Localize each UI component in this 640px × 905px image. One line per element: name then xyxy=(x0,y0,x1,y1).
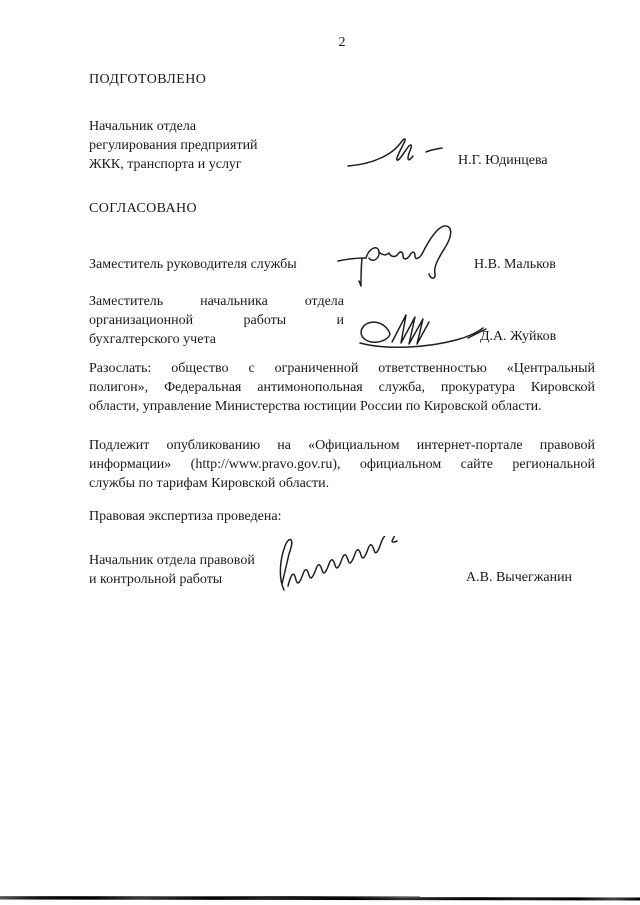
document-page: 2 ПОДГОТОВЛЕНО Начальник отдела регулиро… xyxy=(0,0,640,905)
yudintseva-signature-icon xyxy=(346,135,451,169)
agreed-heading: СОГЛАСОВАНО xyxy=(89,199,197,218)
signer-title-line: Начальник отдела xyxy=(89,117,329,136)
distribution-paragraph: Разослать: общество с ограниченной ответ… xyxy=(89,359,595,416)
signer-title-line: регулирования предприятий xyxy=(89,136,329,155)
agreed-signer2-title: Заместитель начальника отдела организаци… xyxy=(89,292,344,349)
agreed-signer1-title: Заместитель руководителя службы xyxy=(89,255,349,274)
vychegzhanin-signature-icon xyxy=(268,536,448,594)
agreed-signer1-name: Н.В. Мальков xyxy=(474,255,556,274)
paragraph-line: службы по тарифам Кировской области. xyxy=(89,474,595,493)
agreed-signer2-name: Д.А. Жуйков xyxy=(480,327,556,346)
signer-title-line: Заместитель начальника отдела xyxy=(89,292,344,311)
malkov-signature-icon xyxy=(336,222,476,294)
signer-title-line: ЖКК, транспорта и услуг xyxy=(89,155,329,174)
zhuikov-signature-icon xyxy=(356,310,488,354)
legal-review-label: Правовая экспертиза проведена: xyxy=(89,507,281,526)
signer-title-line: Заместитель руководителя службы xyxy=(89,255,349,274)
paragraph-line: полигон», Федеральная антимонопольная сл… xyxy=(89,378,595,397)
page-number: 2 xyxy=(89,33,595,52)
signer-title-line: организационной работы и xyxy=(89,311,344,330)
scan-edge-artifact xyxy=(0,897,640,901)
prepared-signer-name: Н.Г. Юдинцева xyxy=(458,151,548,170)
paragraph-line: Разослать: общество с ограниченной ответ… xyxy=(89,359,595,378)
prepared-heading: ПОДГОТОВЛЕНО xyxy=(89,70,206,89)
paragraph-line: области, управление Министерства юстиции… xyxy=(89,397,595,416)
paragraph-line: информации» (http://www.pravo.gov.ru), о… xyxy=(89,455,595,474)
prepared-signer-title: Начальник отдела регулирования предприят… xyxy=(89,117,329,174)
paragraph-line: Подлежит опубликованию на «Официальном и… xyxy=(89,436,595,455)
signer-title-line: бухгалтерского учета xyxy=(89,330,344,349)
publication-paragraph: Подлежит опубликованию на «Официальном и… xyxy=(89,436,595,493)
legal-review-signer-name: А.В. Вычегжанин xyxy=(466,568,572,587)
